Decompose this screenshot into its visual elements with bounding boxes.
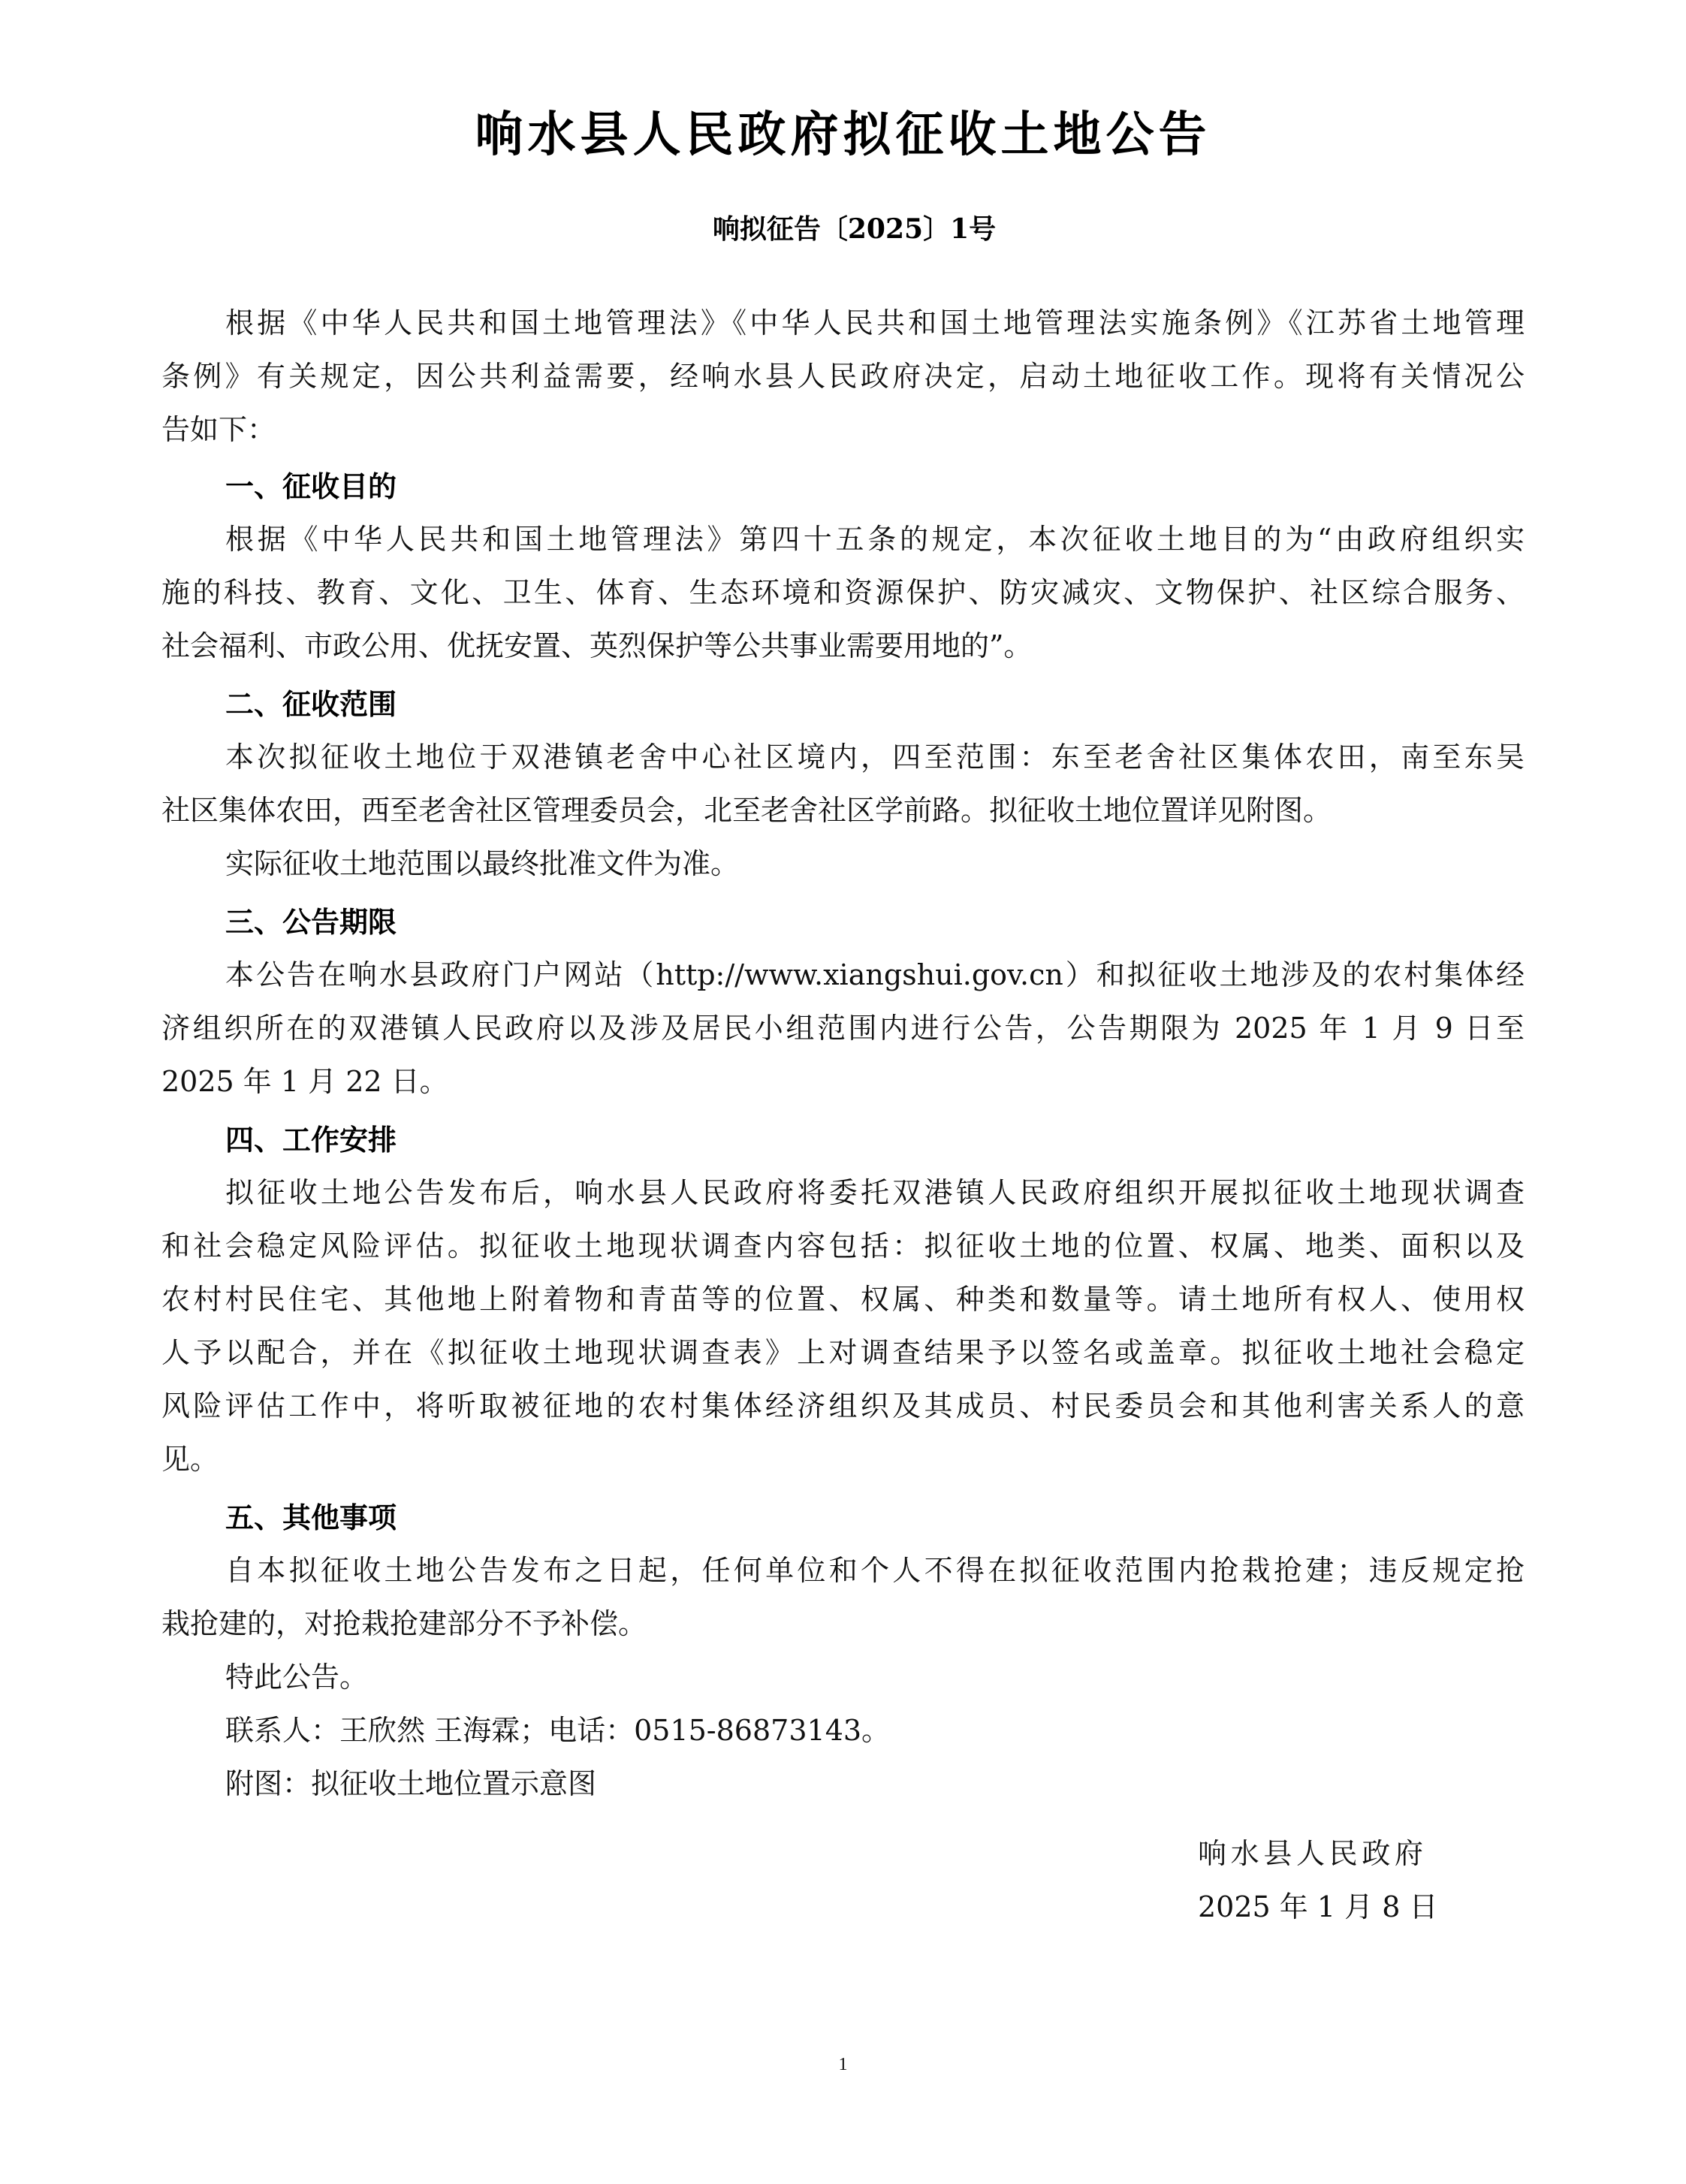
issuer-signature: 响水县人民政府	[1198, 1831, 1423, 1876]
closing-text: 特此公告。	[225, 1655, 1525, 1700]
document-page: 响水县人民政府拟征收土地公告 响拟征告〔2025〕1号 根据《中华人民共和国土地…	[0, 0, 1686, 2184]
paragraph-line: 见。	[161, 1437, 1525, 1482]
paragraph-line: 根据《中华人民共和国土地管理法》第四十五条的规定，本次征收土地目的为“由政府组织…	[225, 517, 1525, 562]
paragraph-line: 施的科技、教育、文化、卫生、体育、生态环境和资源保护、防灾减灾、文物保护、社区综…	[161, 570, 1525, 615]
paragraph-line: 和社会稳定风险评估。拟征收土地现状调查内容包括：拟征收土地的位置、权属、地类、面…	[161, 1223, 1525, 1268]
section-heading-purpose: 一、征收目的	[225, 464, 397, 509]
paragraph-line: 本次拟征收土地位于双港镇老舍中心社区境内，四至范围：东至老舍社区集体农田，南至东…	[225, 735, 1525, 780]
section-heading-scope: 二、征收范围	[225, 682, 397, 727]
intro-line: 根据《中华人民共和国土地管理法》《中华人民共和国土地管理法实施条例》《江苏省土地…	[225, 300, 1525, 345]
section-heading-period: 三、公告期限	[225, 900, 397, 945]
paragraph-line: 人予以配合，并在《拟征收土地现状调查表》上对调查结果予以签名或盖章。拟征收土地社…	[161, 1330, 1525, 1375]
section-heading-arrangement: 四、工作安排	[225, 1118, 397, 1163]
intro-line: 条例》有关规定，因公共利益需要，经响水县人民政府决定，启动土地征收工作。现将有关…	[161, 354, 1525, 399]
document-title: 响水县人民政府拟征收土地公告	[0, 105, 1686, 165]
paragraph-line: 风险评估工作中，将听取被征地的农村集体经济组织及其成员、村民委员会和其他利害关系…	[161, 1383, 1525, 1428]
issue-date: 2025 年 1 月 8 日	[1198, 1884, 1423, 1929]
paragraph-line: 栽抢建的，对抢栽抢建部分不予补偿。	[161, 1601, 1525, 1646]
paragraph-line: 2025 年 1 月 22 日。	[161, 1059, 1525, 1104]
section-heading-other: 五、其他事项	[225, 1495, 397, 1540]
contact-info: 联系人：王欣然 王海霖；电话：0515-86873143。	[225, 1708, 1525, 1753]
paragraph-line: 社会福利、市政公用、优抚安置、英烈保护等公共事业需要用地的”。	[161, 623, 1525, 668]
intro-line: 告如下：	[161, 407, 1525, 452]
paragraph-line: 本公告在响水县政府门户网站（http://www.xiangshui.gov.c…	[225, 952, 1525, 997]
attachment-note: 附图：拟征收土地位置示意图	[225, 1761, 1525, 1806]
paragraph-line: 社区集体农田，西至老舍社区管理委员会，北至老舍社区学前路。拟征收土地位置详见附图…	[161, 788, 1525, 833]
document-number: 响拟征告〔2025〕1号	[0, 212, 1686, 246]
paragraph-line: 拟征收土地公告发布后，响水县人民政府将委托双港镇人民政府组织开展拟征收土地现状调…	[225, 1170, 1525, 1215]
page-number: 1	[0, 2054, 1686, 2075]
paragraph-line: 实际征收土地范围以最终批准文件为准。	[225, 841, 1525, 886]
paragraph-line: 农村村民住宅、其他地上附着物和青苗等的位置、权属、种类和数量等。请土地所有权人、…	[161, 1277, 1525, 1322]
paragraph-line: 自本拟征收土地公告发布之日起，任何单位和个人不得在拟征收范围内抢栽抢建；违反规定…	[225, 1548, 1525, 1593]
paragraph-line: 济组织所在的双港镇人民政府以及涉及居民小组范围内进行公告，公告期限为 2025 …	[161, 1006, 1525, 1051]
